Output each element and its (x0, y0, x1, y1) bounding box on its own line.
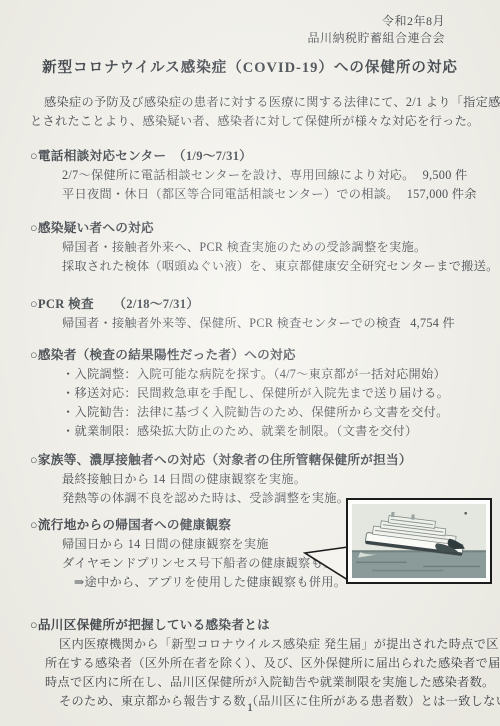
section-line: 平日夜間・休日（都区等合同電話相談センター）での相談。 157,000 件余 (62, 185, 455, 204)
section-pcr-testing: ○PCR 検査 （2/18～7/31） 帰国者・接触者外来等、保健所、PCR 検… (30, 295, 455, 333)
cruise-ship-callout (346, 498, 492, 584)
line-count: 157,000 件余 (399, 185, 477, 204)
bullet-line: ・就業制限：感染拡大防止のため、就業を制限。（文書を交付） (62, 422, 455, 441)
cruise-ship-photo-icon (352, 504, 486, 578)
intro-line: 感染症の予防及び感染症の患者に対する医療に関する法律にて、2/1 より「指定感染… (30, 93, 462, 112)
section-heading: ○家族等、濃厚接触者への対応（対象者の住所管轄保健所が担当） (30, 451, 455, 470)
section-heading: ○電話相談対応センター （1/9～7/31） (30, 147, 455, 166)
document-date: 令和2年8月 (0, 13, 445, 30)
line-text: ・入院勧告：法律に基づく入院勧告のため、保健所から文書を交付。 (62, 403, 449, 422)
line-text: ・移送対応：民間救急車を手配し、保健所が入院先まで送り届ける。 (62, 384, 449, 403)
document-header: 令和2年8月 品川納税貯蓄組合連合会 (0, 0, 500, 47)
line-count: 9,500 件 (415, 166, 468, 185)
section-line: 2/7～保健所に電話相談センターを設け、専用回線により対応。 9,500 件 (62, 166, 455, 185)
section-suspected-cases: ○感染疑い者への対応 帰国者・接触者外来へ、PCR 検査実施のための受診調整を実… (30, 219, 455, 276)
section-positive-cases: ○感染者（検査の結果陽性だった者）への対応 ・入院調整：入院可能な病院を探す。（… (30, 346, 455, 441)
section-line: 帰国者・接触者外来へ、PCR 検査実施のための受診調整を実施。 (62, 238, 455, 257)
page-title: 新型コロナウイルス感染症（COVID-19）への保健所の対応 (0, 58, 500, 78)
line-text: 2/7～保健所に電話相談センターを設け、専用回線により対応。 (62, 166, 415, 185)
section-heading: ○感染者（検査の結果陽性だった者）への対応 (30, 346, 455, 365)
bullet-line: ・移送対応：民間救急車を手配し、保健所が入院先まで送り届ける。 (62, 384, 455, 403)
intro-line: とされたことより、感染疑い者、感染者に対して保健所が様々な対応を行った。 (30, 112, 462, 131)
line-text: 帰国者・接触者外来等、保健所、PCR 検査センターでの検査 (62, 314, 401, 333)
document-page: 令和2年8月 品川納税貯蓄組合連合会 新型コロナウイルス感染症（COVID-19… (0, 0, 500, 726)
line-text: 採取された検体（咽頭ぬぐい液）を、東京都健康安全研究センターまで搬送。 (62, 257, 499, 276)
line-text: 発熱等の体調不良を認めた時は、受診調整を実施。 (62, 489, 349, 508)
line-text: 最終接触日から 14 日間の健康観察を実施。 (62, 470, 306, 489)
section-line: 最終接触日から 14 日間の健康観察を実施。 (62, 470, 455, 489)
paragraph-line: 時点で区内に所在し、品川区保健所が入院勧告や就業制限を実施した感染者数。 (45, 673, 455, 692)
line-text: ・就業制限：感染拡大防止のため、就業を制限。（文書を交付） (62, 422, 418, 441)
section-shinagawa-case-definition: ○品川区保健所が把握している感染者とは 区内医療機関から「新型コロナウイルス感染… (30, 616, 455, 711)
paragraph-line: 区内医療機関から「新型コロナウイルス感染症 発生届」が提出された時点で区内に (45, 635, 455, 654)
paragraph-line: 所在する感染者（区外所在者を除く）、及び、区外保健所に届出られた感染者で届出の (45, 654, 455, 673)
section-heading: ○PCR 検査 （2/18～7/31） (30, 295, 455, 314)
line-count: 4,754 件 (402, 314, 455, 333)
intro-paragraph: 感染症の予防及び感染症の患者に対する医療に関する法律にて、2/1 より「指定感染… (30, 93, 462, 131)
section-line: 帰国者・接触者外来等、保健所、PCR 検査センターでの検査 4,754 件 (62, 314, 455, 333)
callout-pointer (303, 540, 349, 586)
section-line: 採取された検体（咽頭ぬぐい液）を、東京都健康安全研究センターまで搬送。 (62, 257, 455, 276)
bullet-line: ・入院調整：入院可能な病院を探す。（4/7～東京都が一括対応開始） (62, 365, 455, 384)
line-text: ・入院調整：入院可能な病院を探す。（4/7～東京都が一括対応開始） (62, 365, 446, 384)
line-text: 帰国日から 14 日間の健康観察を実施 (62, 535, 269, 554)
bullet-line: ・入院勧告：法律に基づく入院勧告のため、保健所から文書を交付。 (62, 403, 455, 422)
section-phone-consultation-center: ○電話相談対応センター （1/9～7/31） 2/7～保健所に電話相談センターを… (30, 147, 455, 204)
organization-name: 品川納税貯蓄組合連合会 (0, 30, 445, 47)
section-heading: ○品川区保健所が把握している感染者とは (30, 616, 455, 635)
line-text: 帰国者・接触者外来へ、PCR 検査実施のための受診調整を実施。 (62, 238, 426, 257)
page-number: 1 (0, 700, 500, 715)
line-text: 平日夜間・休日（都区等合同電話相談センター）での相談。 (62, 185, 399, 204)
section-heading: ○感染疑い者への対応 (30, 219, 455, 238)
